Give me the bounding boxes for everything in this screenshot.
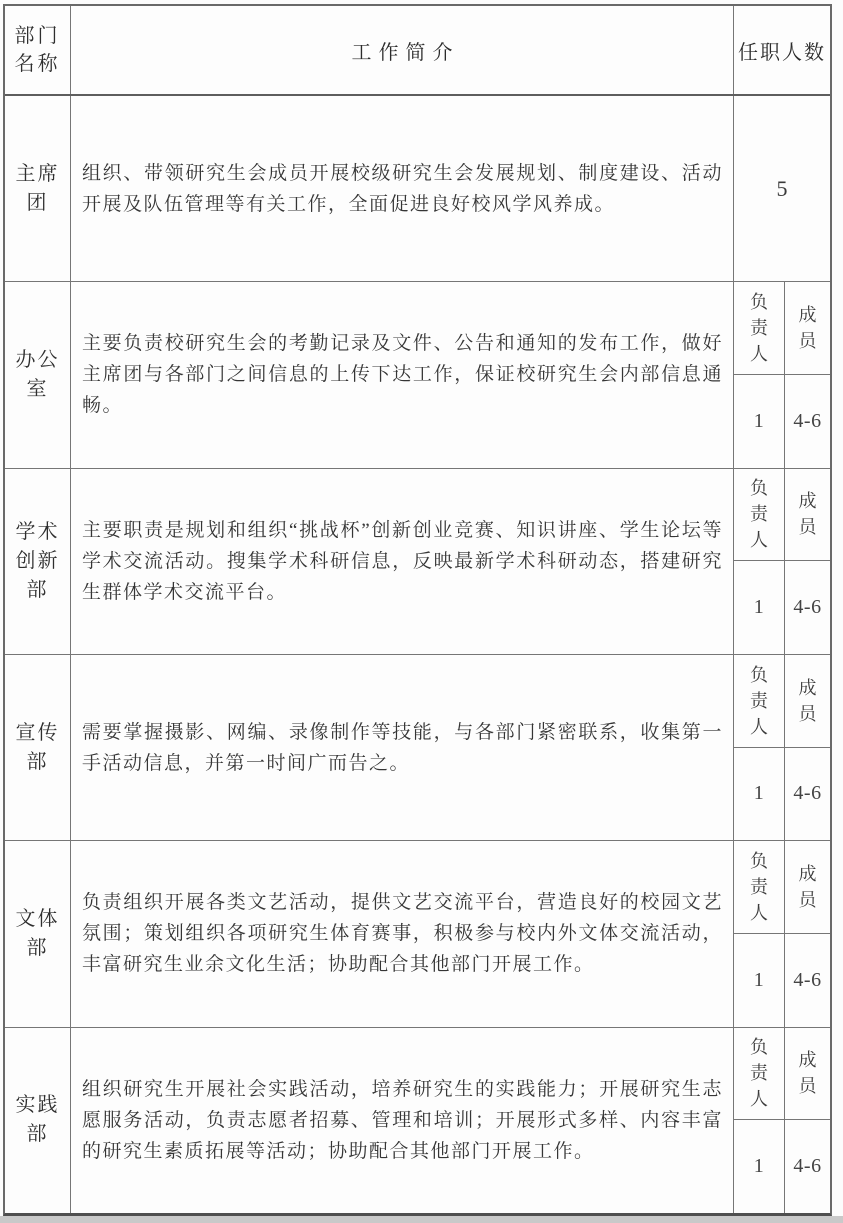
- header-headcount: 任职人数: [734, 6, 830, 94]
- department-description: 组织研究生开展社会实践活动，培养研究生的实践能力；开展研究生志愿服务活动，负责志…: [82, 1074, 723, 1167]
- table-row-practice: 实践 部 组织研究生开展社会实践活动，培养研究生的实践能力；开展研究生志愿服务活…: [5, 1028, 830, 1213]
- leader-count: 1: [734, 934, 785, 1027]
- headcount-cell: 负 责 人 成 员 1 4-6: [734, 655, 830, 840]
- department-name: 文体 部: [5, 841, 71, 1026]
- member-count: 4-6: [785, 561, 830, 654]
- leader-count: 1: [734, 561, 785, 654]
- headcount-cell: 5: [734, 96, 830, 281]
- department-name: 学术 创新 部: [5, 469, 71, 654]
- table-row-publicity: 宣传 部 需要掌握摄影、网编、录像制作等技能，与各部门紧密联系，收集第一手活动信…: [5, 655, 830, 841]
- departments-table: 部门 名称 工作简介 任职人数 主席 团 组织、带领研究生会成员开展校级研究生会…: [3, 4, 832, 1216]
- department-description-cell: 组织研究生开展社会实践活动，培养研究生的实践能力；开展研究生志愿服务活动，负责志…: [71, 1028, 734, 1213]
- leader-count: 1: [734, 375, 785, 468]
- member-count: 4-6: [785, 375, 830, 468]
- department-description-cell: 需要掌握摄影、网编、录像制作等技能，与各部门紧密联系，收集第一手活动信息，并第一…: [71, 655, 734, 840]
- leader-label: 负 责 人: [734, 655, 785, 748]
- department-description-cell: 主要负责校研究生会的考勤记录及文件、公告和通知的发布工作，做好主席团与各部门之间…: [71, 282, 734, 467]
- leader-label: 负 责 人: [734, 1028, 785, 1121]
- member-label: 成 员: [785, 282, 830, 375]
- department-description: 组织、带领研究生会成员开展校级研究生会发展规划、制度建设、活动开展及队伍管理等有…: [82, 158, 723, 220]
- leader-label: 负 责 人: [734, 841, 785, 934]
- member-count: 4-6: [785, 934, 830, 1027]
- leader-count: 1: [734, 748, 785, 841]
- headcount-cell: 负 责 人 成 员 1 4-6: [734, 469, 830, 654]
- department-description-cell: 负责组织开展各类文艺活动，提供文艺交流平台，营造良好的校园文艺氛围；策划组织各项…: [71, 841, 734, 1026]
- header-department-name: 部门 名称: [5, 6, 71, 94]
- table-row-presidium: 主席 团 组织、带领研究生会成员开展校级研究生会发展规划、制度建设、活动开展及队…: [5, 96, 830, 282]
- member-count: 4-6: [785, 1120, 830, 1213]
- header-work-description: 工作简介: [71, 6, 734, 94]
- table-row-academic-innovation: 学术 创新 部 主要职责是规划和组织“挑战杯”创新创业竞赛、知识讲座、学生论坛等…: [5, 469, 830, 655]
- department-description: 主要负责校研究生会的考勤记录及文件、公告和通知的发布工作，做好主席团与各部门之间…: [82, 328, 723, 421]
- headcount-cell: 负 责 人 成 员 1 4-6: [734, 1028, 830, 1213]
- headcount-total: 5: [734, 96, 830, 281]
- department-description-cell: 主要职责是规划和组织“挑战杯”创新创业竞赛、知识讲座、学生论坛等学术交流活动。搜…: [71, 469, 734, 654]
- department-description-cell: 组织、带领研究生会成员开展校级研究生会发展规划、制度建设、活动开展及队伍管理等有…: [71, 96, 734, 281]
- member-label: 成 员: [785, 655, 830, 748]
- table-row-culture-sports: 文体 部 负责组织开展各类文艺活动，提供文艺交流平台，营造良好的校园文艺氛围；策…: [5, 841, 830, 1027]
- member-label: 成 员: [785, 1028, 830, 1121]
- headcount-cell: 负 责 人 成 员 1 4-6: [734, 282, 830, 467]
- department-description: 负责组织开展各类文艺活动，提供文艺交流平台，营造良好的校园文艺氛围；策划组织各项…: [82, 887, 723, 980]
- department-description: 主要职责是规划和组织“挑战杯”创新创业竞赛、知识讲座、学生论坛等学术交流活动。搜…: [82, 515, 723, 608]
- member-label: 成 员: [785, 841, 830, 934]
- department-name: 办公 室: [5, 282, 71, 467]
- member-count: 4-6: [785, 748, 830, 841]
- table-row-office: 办公 室 主要负责校研究生会的考勤记录及文件、公告和通知的发布工作，做好主席团与…: [5, 282, 830, 468]
- headcount-cell: 负 责 人 成 员 1 4-6: [734, 841, 830, 1026]
- member-label: 成 员: [785, 469, 830, 562]
- department-name: 实践 部: [5, 1028, 71, 1213]
- document-page: 部门 名称 工作简介 任职人数 主席 团 组织、带领研究生会成员开展校级研究生会…: [0, 0, 843, 1223]
- department-description: 需要掌握摄影、网编、录像制作等技能，与各部门紧密联系，收集第一手活动信息，并第一…: [82, 717, 723, 779]
- leader-label: 负 责 人: [734, 469, 785, 562]
- leader-count: 1: [734, 1120, 785, 1213]
- leader-label: 负 责 人: [734, 282, 785, 375]
- department-name: 宣传 部: [5, 655, 71, 840]
- department-name: 主席 团: [5, 96, 71, 281]
- photo-bottom-edge: [0, 1216, 843, 1223]
- table-header-row: 部门 名称 工作简介 任职人数: [5, 6, 830, 96]
